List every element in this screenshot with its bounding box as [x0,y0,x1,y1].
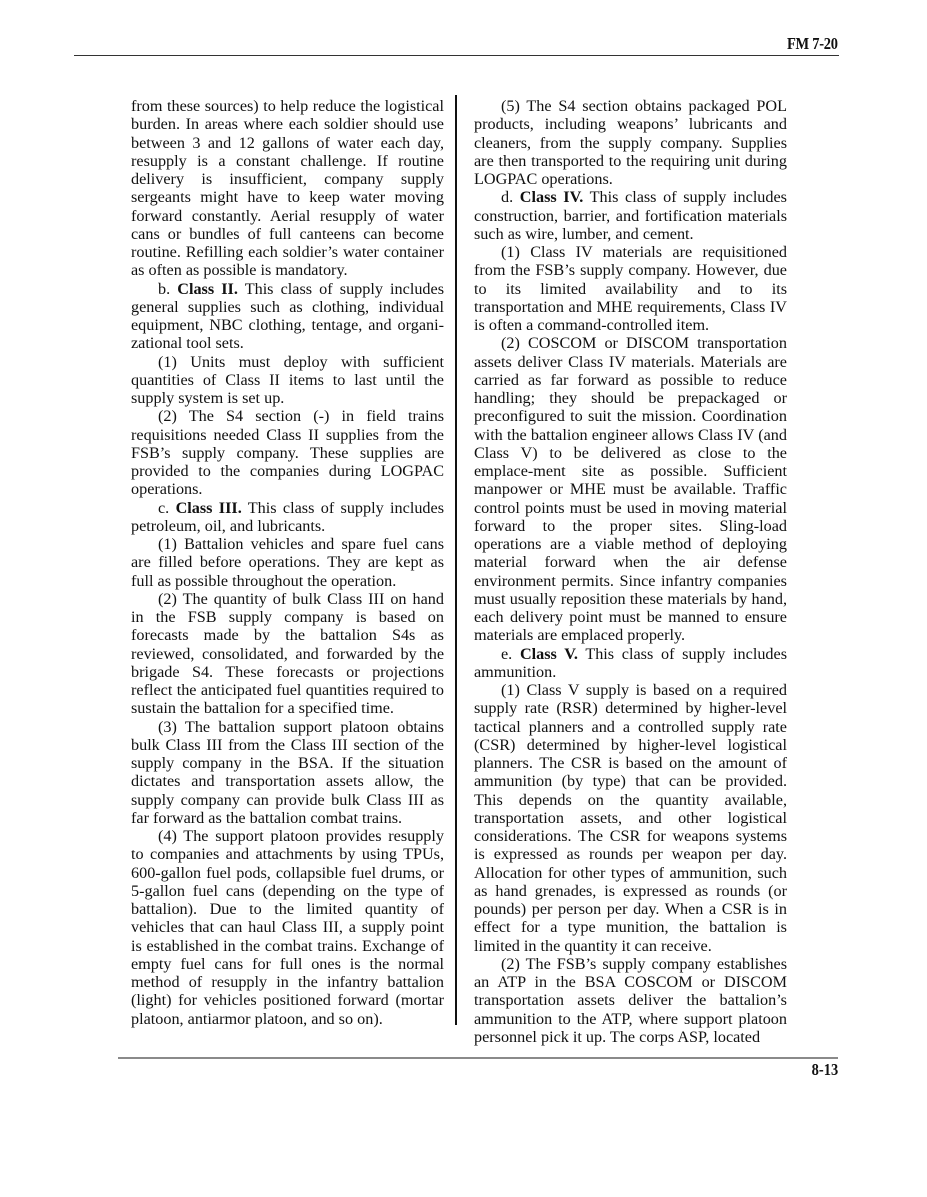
header-rule [74,55,839,56]
para-prefix: c. [158,499,176,517]
paragraph-class-iv: d. Class IV. This class of supply includ… [474,188,787,243]
paragraph-class-ii: b. Class II. This class of supply includ… [131,280,444,353]
column-divider [455,95,457,1025]
paragraph: (4) The support platoon provides resuppl… [131,827,444,1028]
paragraph: (2) The quantity of bulk Class III on ha… [131,590,444,718]
paragraph-class-v: e. Class V. This class of supply include… [474,645,787,682]
para-prefix: b. [158,280,177,298]
footer-rule [118,1057,838,1059]
header-doc-id: FM 7-20 [787,34,838,54]
left-column: from these sources) to help reduce the l… [131,97,444,1028]
page-number: 8-13 [812,1060,838,1080]
para-prefix: e. [501,645,520,663]
paragraph-class-iii: c. Class III. This class of supply inclu… [131,499,444,536]
section-heading: Class II. [177,280,238,298]
paragraph: (1) Units must deploy with sufficient qu… [131,353,444,408]
section-heading: Class V. [520,645,578,663]
section-heading: Class IV. [520,188,583,206]
paragraph: (5) The S4 section obtains packaged POL … [474,97,787,188]
paragraph: (1) Class V supply is based on a require… [474,681,787,955]
paragraph: (3) The battalion support platoon obtain… [131,718,444,828]
paragraph: (2) COSCOM or DISCOM transportation asse… [474,334,787,644]
section-heading: Class III. [176,499,242,517]
paragraph: (2) The S4 section (-) in field trains r… [131,407,444,498]
para-prefix: d. [501,188,520,206]
paragraph: (1) Battalion vehicles and spare fuel ca… [131,535,444,590]
right-column: (5) The S4 section obtains packaged POL … [474,97,787,1046]
paragraph: from these sources) to help reduce the l… [131,97,444,280]
paragraph: (1) Class IV materials are requisitioned… [474,243,787,334]
paragraph: (2) The FSB’s supply company establishes… [474,955,787,1046]
